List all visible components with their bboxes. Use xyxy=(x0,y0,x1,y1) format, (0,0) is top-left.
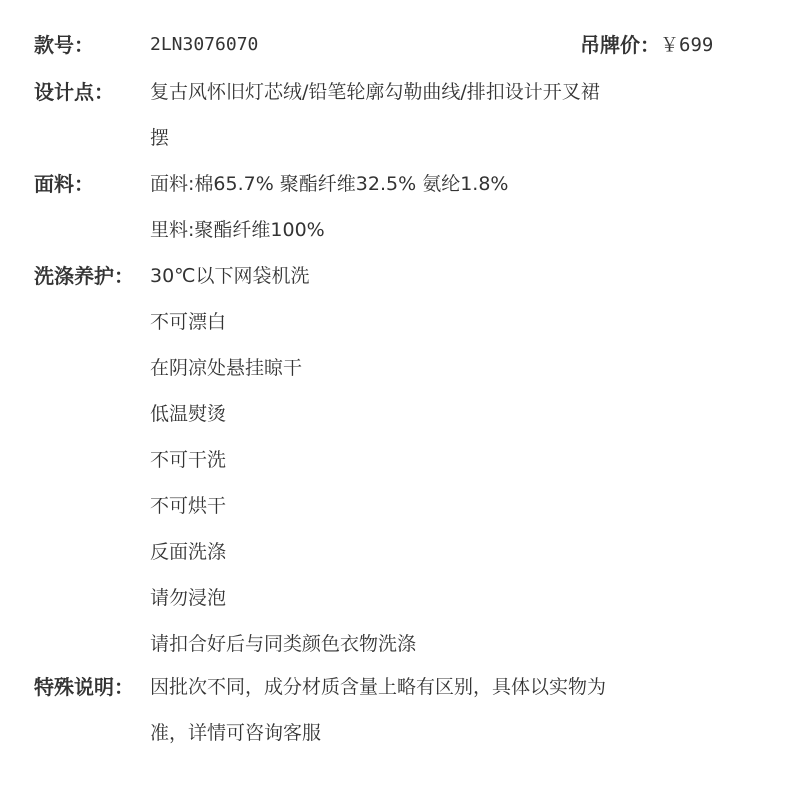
care-line: 不可烘干 xyxy=(150,483,790,529)
care-line: 不可漂白 xyxy=(150,299,790,345)
note-label: 特殊说明： xyxy=(34,664,150,756)
note-line: 准，详情可咨询客服 xyxy=(150,710,790,756)
tag-price-label: 吊牌价： xyxy=(580,22,660,68)
design-line: 复古风怀旧灯芯绒/铅笔轮廓勾勒曲线/排扣设计开叉裙 xyxy=(150,69,790,115)
care-line: 30℃以下网袋机洗 xyxy=(150,253,790,299)
fabric-label: 面料： xyxy=(34,161,150,253)
design-row: 设计点： 复古风怀旧灯芯绒/铅笔轮廓勾勒曲线/排扣设计开叉裙 摆 xyxy=(34,69,790,161)
care-row: 洗涤养护： 30℃以下网袋机洗 不可漂白 在阴凉处悬挂晾干 低温熨烫 不可干洗 … xyxy=(34,253,790,667)
note-row: 特殊说明： 因批次不同，成分材质含量上略有区别，具体以实物为 准，详情可咨询客服 xyxy=(34,664,790,756)
care-line: 请勿浸泡 xyxy=(150,575,790,621)
design-line: 摆 xyxy=(150,115,790,161)
fabric-line: 里料:聚酯纤维100% xyxy=(150,207,790,253)
style-number-label: 款号： xyxy=(34,22,150,68)
fabric-row: 面料： 面料:棉65.7% 聚酯纤维32.5% 氨纶1.8% 里料:聚酯纤维10… xyxy=(34,161,790,253)
care-line: 请扣合好后与同类颜色衣物洗涤 xyxy=(150,621,790,667)
tag-price: 吊牌价： ￥699 xyxy=(580,22,713,68)
care-line: 在阴凉处悬挂晾干 xyxy=(150,345,790,391)
fabric-line: 面料:棉65.7% 聚酯纤维32.5% 氨纶1.8% xyxy=(150,161,790,207)
note-line: 因批次不同，成分材质含量上略有区别，具体以实物为 xyxy=(150,664,790,710)
tag-price-value: ￥699 xyxy=(660,22,713,68)
care-line: 不可干洗 xyxy=(150,437,790,483)
care-label: 洗涤养护： xyxy=(34,253,150,667)
design-label: 设计点： xyxy=(34,69,150,161)
care-line: 反面洗涤 xyxy=(150,529,790,575)
care-line: 低温熨烫 xyxy=(150,391,790,437)
